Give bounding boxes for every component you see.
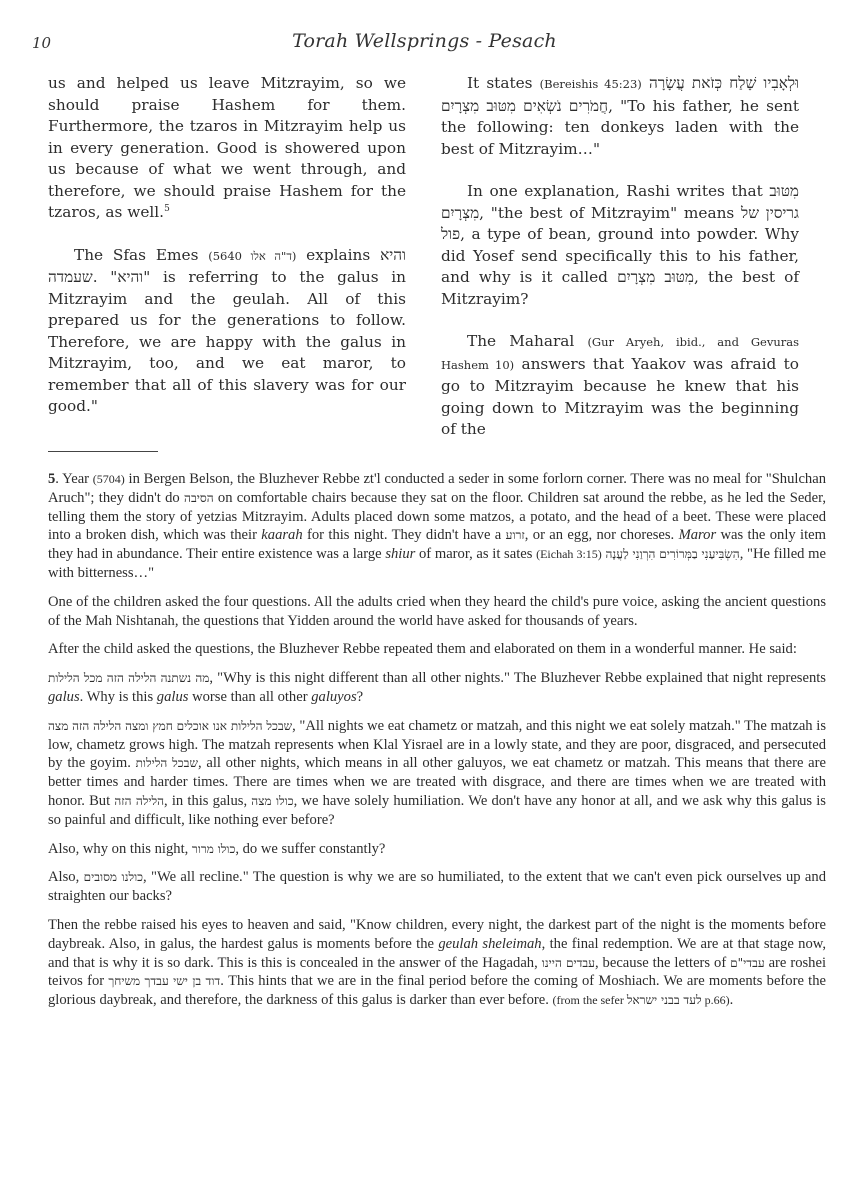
italic-term: galus (157, 689, 189, 705)
hebrew-text: לעד בבני ישראל (627, 993, 702, 1007)
text-run: , in this galus, (164, 793, 251, 809)
book-title: Torah Wellsprings - Pesach (0, 30, 849, 52)
hebrew-text: דוד בן ישי עבדך משיחך (108, 974, 220, 988)
italic-term: kaarah (261, 527, 302, 543)
footnote-paragraph: 5. Year (5704) in Bergen Belson, the Blu… (48, 470, 826, 583)
hebrew-text: והיא (117, 268, 143, 286)
hebrew-text: הסיבה (184, 491, 214, 505)
source-citation: (Bereishis 45:23) (540, 77, 642, 91)
hebrew-quote: הִשְׂבִּיעַנִי בַמְּרוֹרִים הִרְוַנִי לַ… (605, 547, 739, 561)
italic-term: galuyos (311, 689, 356, 705)
footnote-paragraph: שבכל הלילות אנו אוכלים חמץ ומצה הלילה הז… (48, 717, 826, 830)
hebrew-text: עבדים היינו (542, 956, 595, 970)
text-run: p.66) (702, 993, 730, 1007)
text-run: worse than all other (188, 689, 311, 705)
text-run: Also, (48, 869, 84, 885)
footnote-paragraph: מה נשתנה הלילה הזה מכל הלילות, "Why is t… (48, 669, 826, 707)
source-citation: (Eichah 3:15) (536, 547, 602, 561)
footnote-divider (48, 451, 158, 452)
footnote-paragraph: Also, כולנו מסובים, "We all recline." Th… (48, 868, 826, 906)
hebrew-text: כולו מרור (192, 842, 235, 856)
running-head: 10 Torah Wellsprings - Pesach (0, 30, 849, 56)
hebrew-text: כולנו מסובים (84, 870, 143, 884)
text-run: . " (93, 268, 118, 286)
footnote-reference[interactable]: 5 (164, 204, 170, 214)
text-run: of maror, as it sates (415, 546, 536, 562)
hebrew-text: כולו מצה (251, 794, 293, 808)
italic-term: shiur (385, 546, 415, 562)
footnote-section: 5. Year (5704) in Bergen Belson, the Blu… (48, 470, 826, 1020)
text-run: (from the sefer (553, 993, 627, 1007)
text-run: The Sfas Emes (74, 246, 208, 264)
right-column: It states (Bereishis 45:23) וּלְאָבִיו ש… (441, 73, 799, 462)
text-run: , because the letters of (595, 955, 730, 971)
book-page: 10 Torah Wellsprings - Pesach us and hel… (0, 0, 849, 1200)
text-run: ? (357, 689, 363, 705)
text-run: , or an egg, nor choreses. (525, 527, 679, 543)
text-run: , "We all recline." The question is why … (48, 869, 826, 904)
italic-term: Maror (679, 527, 717, 543)
hebrew-text: זרוע (506, 528, 525, 542)
text-run: , "the best of Mitzrayim" means (479, 204, 741, 222)
text-run: In one explanation, Rashi writes that (467, 182, 769, 200)
hebrew-text: הלילה הזה (114, 794, 164, 808)
hebrew-text: שבכל הלילות אנו אוכלים חמץ ומצה הלילה הז… (48, 719, 292, 733)
text-run: The Maharal (467, 332, 587, 350)
paragraph: In one explanation, Rashi writes that מִ… (441, 181, 799, 310)
text-run: " is referring to the galus in Mitzrayim… (48, 268, 406, 415)
footnote-paragraph: One of the children asked the four quest… (48, 593, 826, 631)
hebrew-text: מִטּוּב מִצְרָיִם (617, 268, 694, 286)
source-citation: (5704) (93, 472, 125, 486)
text-run: Also, why on this night, (48, 841, 192, 857)
text-run: explains (296, 246, 380, 264)
text-run: . Year (55, 471, 92, 487)
text-run: . (730, 992, 734, 1008)
text-run: It states (467, 74, 540, 92)
italic-term: galus (48, 689, 80, 705)
left-column: us and helped us leave Mitzrayim, so we … (48, 73, 406, 439)
source-citation: (5640 ד"ה אלו) (208, 249, 296, 263)
text-run: , do we suffer constantly? (235, 841, 385, 857)
paragraph: The Maharal (Gur Aryeh, ibid., and Gevur… (441, 331, 799, 441)
paragraph: The Sfas Emes (5640 ד"ה אלו) explains וה… (48, 245, 406, 418)
hebrew-text: שבכל הלילות (136, 756, 198, 770)
footnote-paragraph: Then the rebbe raised his eyes to heaven… (48, 916, 826, 1010)
paragraph: It states (Bereishis 45:23) וּלְאָבִיו ש… (441, 73, 799, 160)
paragraph: us and helped us leave Mitzrayim, so we … (48, 73, 406, 224)
italic-term: geulah sheleimah (438, 936, 541, 952)
hebrew-text: מה נשתנה הלילה הזה מכל הלילות (48, 671, 209, 685)
text-run: for this night. They didn't have a (303, 527, 506, 543)
footnote-paragraph: Also, why on this night, כולו מרור, do w… (48, 840, 826, 859)
text-run: . Why is this (80, 689, 157, 705)
hebrew-text: עבדי"ם (730, 956, 765, 970)
footnote-paragraph: After the child asked the questions, the… (48, 640, 826, 659)
paragraph-text: us and helped us leave Mitzrayim, so we … (48, 74, 406, 221)
source-citation: (from the sefer לעד בבני ישראל p.66) (553, 993, 730, 1007)
text-run: , "Why is this night different than all … (209, 670, 826, 686)
